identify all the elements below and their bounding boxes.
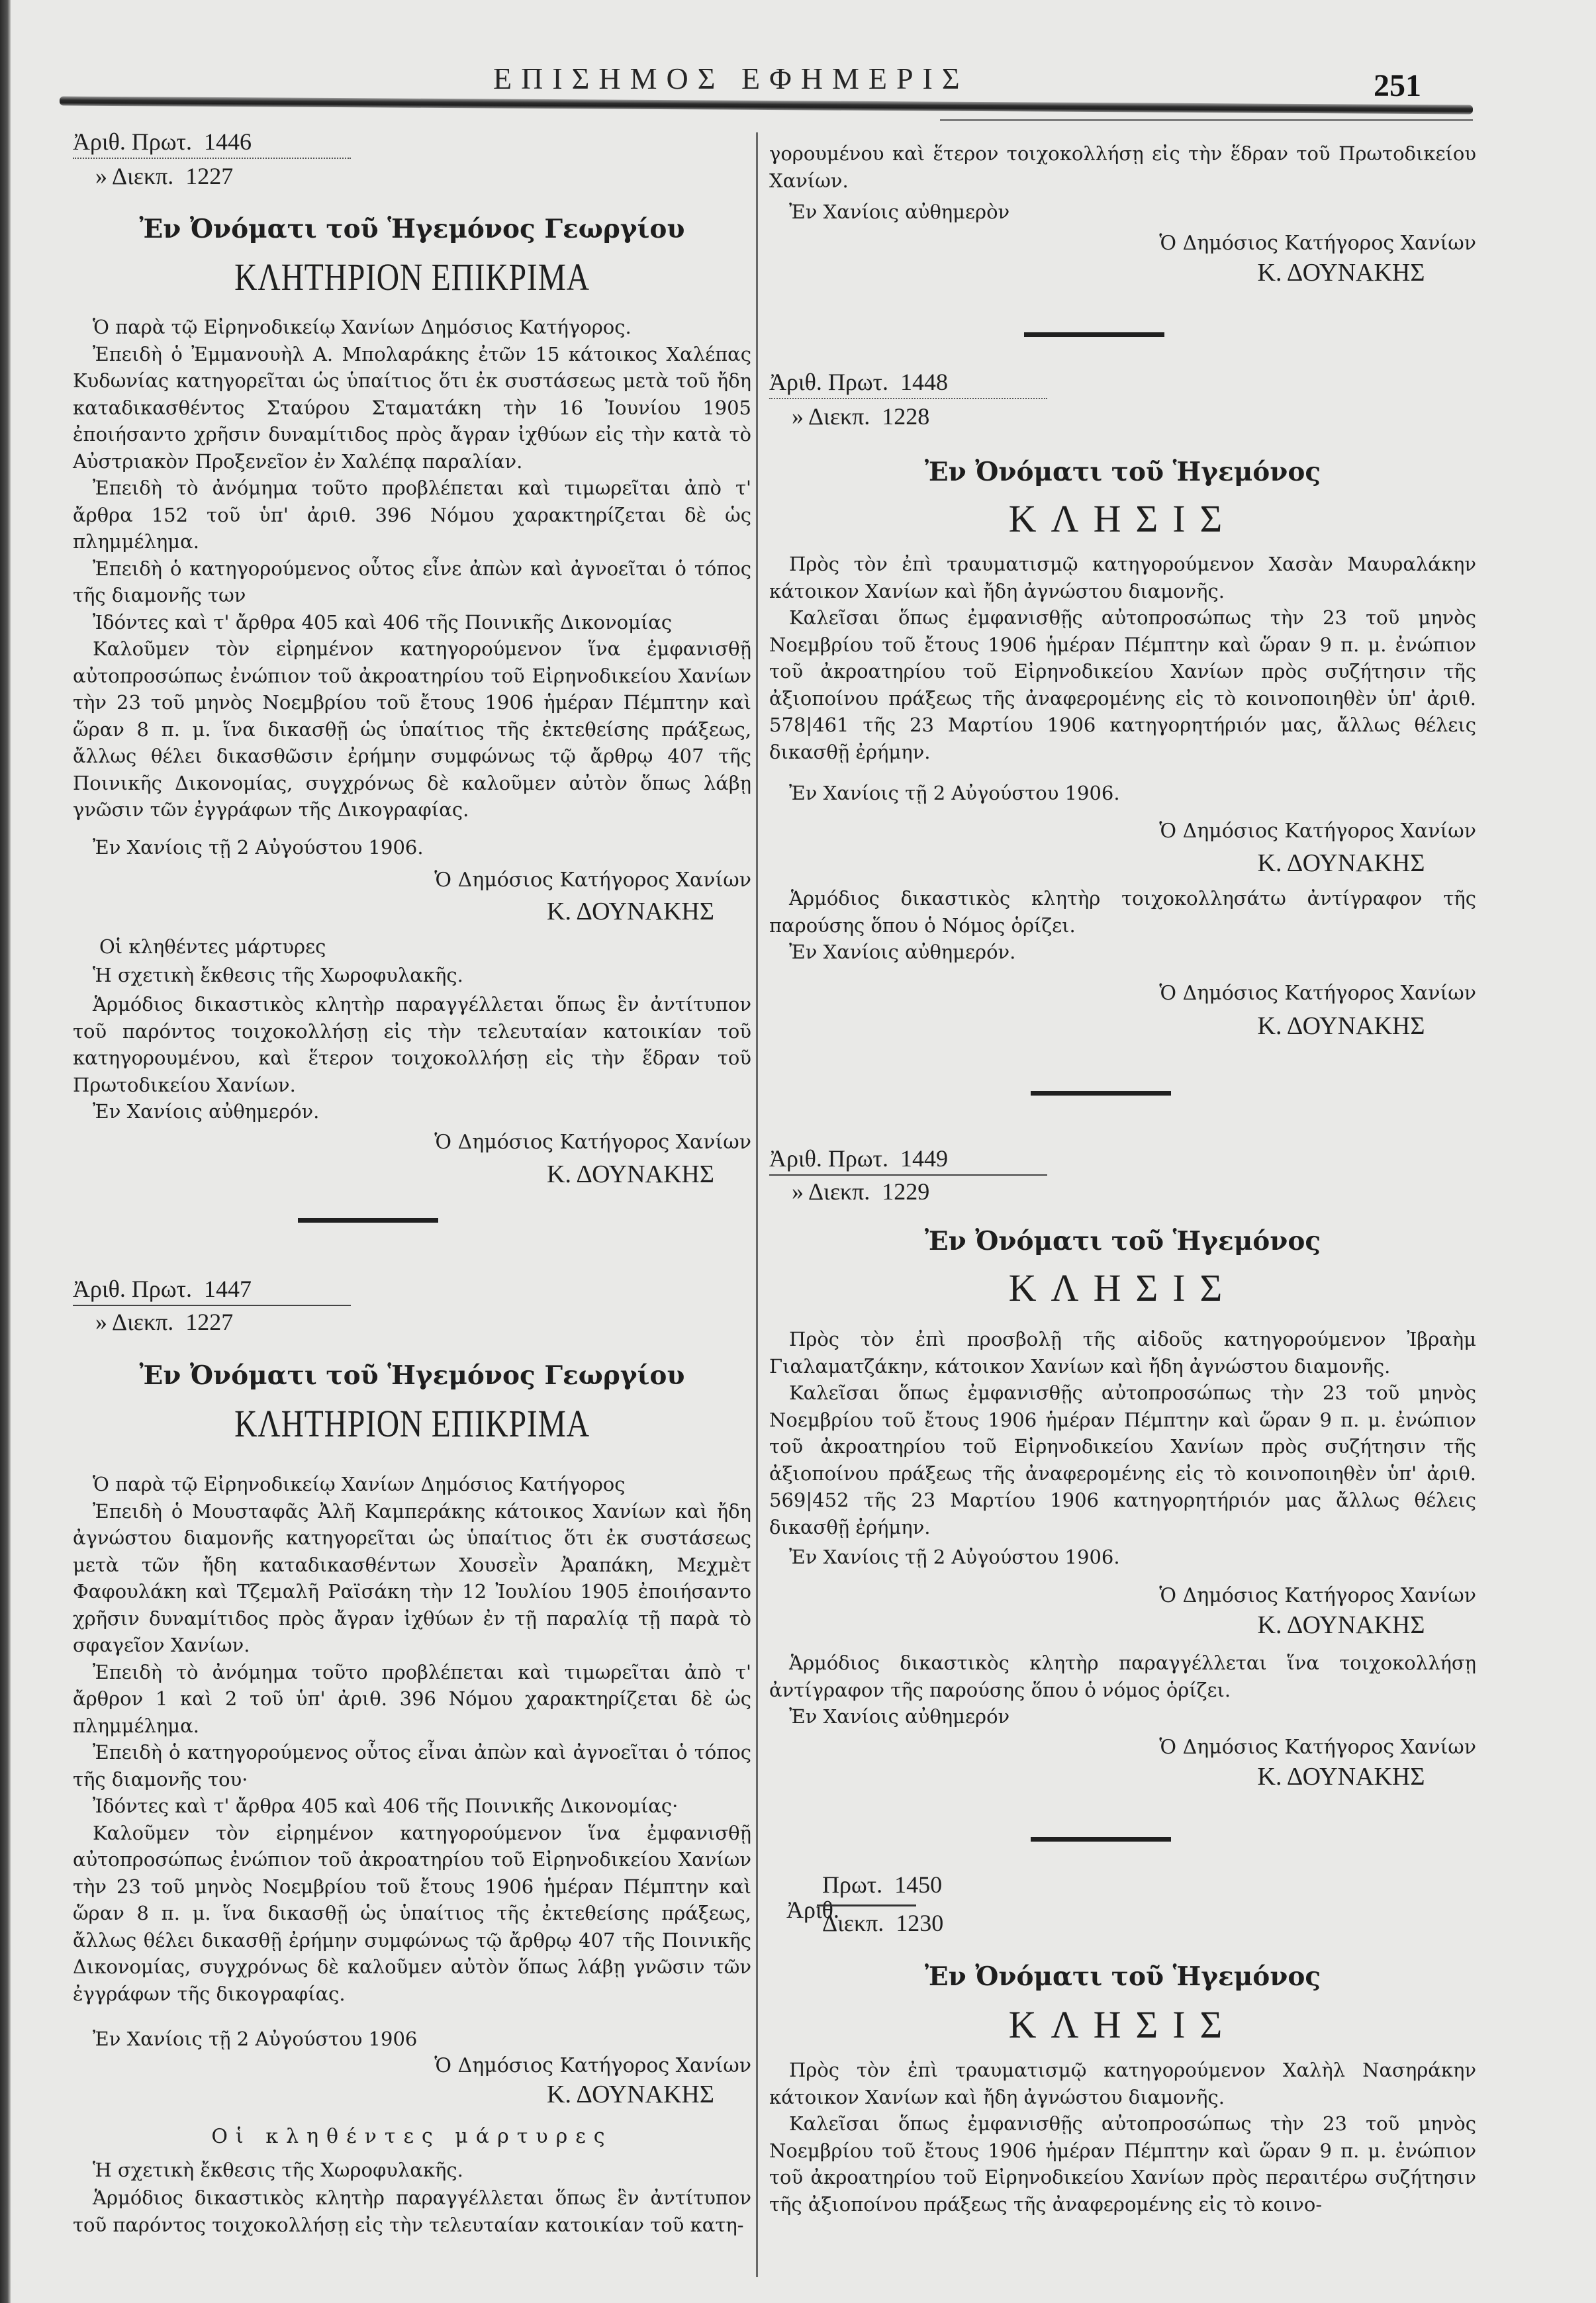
- ref-dispatch: » Διεκπ.1229: [769, 1177, 1476, 1206]
- page-number: 251: [1374, 68, 1421, 104]
- gazette-title: ΕΠΙΣΗΜΟΣ ΕΦΗΜΕΡΙΣ: [493, 61, 969, 96]
- paragraph: Ἰδόντες καὶ τ' ἄρθρα 405 καὶ 406 τῆς Ποι…: [73, 1793, 751, 1820]
- separator: [73, 1218, 751, 1223]
- ref-dispatch-number: 1230: [896, 1910, 943, 1936]
- notice-1446-witnesses: Οἱ κληθέντες μάρτυρες: [73, 933, 778, 961]
- page-binding-edge: [0, 0, 11, 2303]
- paragraph: Ἁρμόδιος δικαστικὸς κλητὴρ παραγγέλλεται…: [73, 991, 751, 1098]
- ref-dispatch-label: » Διεκπ.: [792, 1178, 870, 1205]
- notice-1446-report: Ἡ σχετικὴ ἔκθεσις τῆς Χωροφυλακῆς.: [73, 962, 751, 989]
- paragraph: Καλεῖσαι ὅπως ἐμφανισθῇς αὐτοπροσώπως τὴ…: [769, 604, 1476, 765]
- notice-1449-ref: Ἀριθ. Πρωτ.1449 » Διεκπ.1229: [769, 1144, 1476, 1206]
- notice-1449-signature-title: Ὁ Δημόσιος Κατήγορος Χανίων: [769, 1584, 1516, 1607]
- ref-dispatch-number: 1227: [185, 1309, 233, 1335]
- ref-protocol-label: Ἀριθ. Πρωτ.: [73, 1276, 192, 1302]
- ref-dispatch: » Διεκπ.1228: [769, 402, 1476, 431]
- continuation-signature-title: Ὁ Δημόσιος Κατήγορος Χανίων: [769, 232, 1516, 255]
- notice-1447-witnesses: Οἱ κληθέντες μάρτυρες: [73, 2124, 751, 2151]
- paragraph: Ἁρμόδιος δικαστικὸς κλητὴρ παραγγέλλεται…: [73, 2185, 751, 2238]
- notice-1448-signature-title-2: Ὁ Δημόσιος Κατήγορος Χανίων: [769, 982, 1516, 1005]
- notice-1450-heading: Ἐν Ὀνόματι τοῦ Ἡγεμόνος: [769, 1961, 1556, 1992]
- continuation-block: γορουμένου καὶ ἕτερον τοιχοκολλήσῃ εἰς τ…: [769, 140, 1476, 194]
- notice-1446-title: ΚΛΗΤΗΡΙΟΝ ΕΠΙΚΡΙΜΑ: [134, 255, 690, 299]
- notice-1448-signature-title: Ὁ Δημόσιος Κατήγορος Χανίων: [769, 820, 1516, 843]
- continuation-same-day: Ἐν Χανίοις αὐθημερὸν: [769, 199, 1496, 226]
- ref-protocol-number: 1447: [204, 1276, 252, 1302]
- notice-1450-title: ΚΛΗΣΙΣ: [769, 2002, 1556, 2047]
- same-day-line: Ἐν Χανίοις αὐθημερόν.: [769, 939, 1476, 966]
- notice-1448-ref: Ἀριθ. Πρωτ.1448 » Διεκπ.1228: [769, 367, 1476, 431]
- notice-1446-ref: Ἀριθ. Πρωτ.1446 » Διεκπ.1227: [73, 127, 751, 191]
- ref-dispatch-number: 1229: [882, 1178, 929, 1205]
- ref-protocol: Ἀριθ. Πρωτ.1447: [73, 1274, 751, 1303]
- ref-rule: [73, 1305, 351, 1306]
- paragraph: Ἐπειδὴ τὸ ἀνόμημα τοῦτο προβλέπεται καὶ …: [73, 475, 751, 555]
- ref-dispatch-number: 1228: [882, 403, 929, 430]
- notice-1448-heading: Ἐν Ὀνόματι τοῦ Ἡγεμόνος: [769, 457, 1556, 487]
- paragraph: Καλοῦμεν τὸν εἰρημένον κατηγορούμενον ἵν…: [73, 635, 751, 823]
- notice-1447-title: ΚΛΗΤΗΡΙΟΝ ΕΠΙΚΡΙΜΑ: [134, 1401, 690, 1446]
- ref-dispatch-number: 1227: [185, 163, 233, 189]
- ref-protocol-label: Ἀριθ. Πρωτ.: [769, 1145, 888, 1172]
- ref-dispatch-label: » Διεκπ.: [792, 403, 870, 430]
- ref-protocol-number: 1448: [900, 369, 948, 395]
- paragraph: Πρὸς τὸν ἐπὶ τραυματισμῷ κατηγορούμενον …: [769, 551, 1476, 604]
- notice-1449-date: Ἐν Χανίοις τῇ 2 Αὐγούστου 1906.: [769, 1544, 1476, 1571]
- paragraph: Ἐπειδὴ ὁ κατηγορούμενος οὗτος εἶναι ἀπὼν…: [73, 1739, 751, 1793]
- paragraph: Ὁ παρὰ τῷ Εἰρηνοδικείῳ Χανίων Δημόσιος Κ…: [73, 1471, 751, 1498]
- notice-1446-body: Ὁ παρὰ τῷ Εἰρηνοδικείῳ Χανίων Δημόσιος Κ…: [73, 314, 751, 823]
- header-rule: [60, 96, 1473, 114]
- paragraph: Καλεῖσαι ὅπως ἐμφανισθῇς αὐτοπροσώπως τὴ…: [769, 1380, 1476, 1540]
- paragraph: Ἁρμόδιος δικαστικὸς κλητὴρ παραγγέλλεται…: [769, 1650, 1476, 1703]
- notice-1449-signature-name-2: Κ. ΔΟΥΝΑΚΗΣ: [769, 1762, 1596, 1791]
- ref-dispatch-label: Διεκπ.: [822, 1910, 884, 1936]
- ref-dispatch-label: » Διεκπ.: [95, 163, 173, 189]
- paragraph: Πρὸς τὸν ἐπὶ προσβολῇ τῆς αἰδοῦς κατηγορ…: [769, 1326, 1476, 1380]
- notice-1448-title: ΚΛΗΣΙΣ: [769, 496, 1556, 541]
- ref-rule: [769, 398, 1047, 400]
- ref-protocol-number: 1446: [204, 128, 252, 155]
- paragraph: Ἁρμόδιος δικαστικὸς κλητὴρ τοιχοκολλησάτ…: [769, 885, 1476, 939]
- notice-1447-body: Ὁ παρὰ τῷ Εἰρηνοδικείῳ Χανίων Δημόσιος Κ…: [73, 1471, 751, 2007]
- notice-1447-heading: Ἐν Ὀνόματι τοῦ Ἡγεμόνος Γεωργίου: [73, 1360, 778, 1391]
- paragraph: Ἰδόντες καὶ τ' ἄρθρα 405 καὶ 406 τῆς Ποι…: [73, 609, 751, 636]
- ref-protocol-label: Πρωτ.: [822, 1871, 882, 1898]
- notice-1449-body: Πρὸς τὸν ἐπὶ προσβολῇ τῆς αἰδοῦς κατηγορ…: [769, 1326, 1476, 1540]
- notice-1446-signature-title-2: Ὁ Δημόσιος Κατήγορος Χανίων: [73, 1131, 791, 1154]
- notice-1447-ref: Ἀριθ. Πρωτ.1447 » Διεκπ.1227: [73, 1274, 751, 1337]
- ref-protocol: Ἀριθ. Πρωτ.1449: [769, 1144, 1476, 1173]
- notice-1448-bailiff-block: Ἁρμόδιος δικαστικὸς κλητὴρ τοιχοκολλησάτ…: [769, 885, 1476, 966]
- notice-1446-date: Ἐν Χανίοις τῇ 2 Αὐγούστου 1906.: [73, 834, 751, 861]
- notice-1449-signature-title-2: Ὁ Δημόσιος Κατήγορος Χανίων: [769, 1736, 1516, 1759]
- continuation-signature-name: Κ. ΔΟΥΝΑΚΗΣ: [769, 258, 1596, 287]
- paragraph: γορουμένου καὶ ἕτερον τοιχοκολλήσῃ εἰς τ…: [769, 140, 1476, 194]
- notice-1449-signature-name: Κ. ΔΟΥΝΑΚΗΣ: [769, 1611, 1596, 1640]
- same-day-line: Ἐν Χανίοις αὐθημερόν: [769, 1703, 1476, 1730]
- notice-1447-signature-title: Ὁ Δημόσιος Κατήγορος Χανίων: [73, 2054, 791, 2077]
- notice-1446-bailiff-block: Ἁρμόδιος δικαστικὸς κλητὴρ παραγγέλλεται…: [73, 991, 751, 1125]
- notice-1448-body: Πρὸς τὸν ἐπὶ τραυματισμῷ κατηγορούμενον …: [769, 551, 1476, 765]
- notice-1448-signature-name-2: Κ. ΔΟΥΝΑΚΗΣ: [769, 1011, 1596, 1041]
- notice-1449-bailiff-block: Ἁρμόδιος δικαστικὸς κλητὴρ παραγγέλλεται…: [769, 1650, 1476, 1730]
- header-rule-thin: [940, 119, 1473, 121]
- ref-dispatch-label: » Διεκπ.: [95, 1309, 173, 1335]
- notice-1446-signature-title: Ὁ Δημόσιος Κατήγορος Χανίων: [73, 869, 791, 892]
- notice-1447-bailiff-block: Ἁρμόδιος δικαστικὸς κλητὴρ παραγγέλλεται…: [73, 2185, 751, 2238]
- paragraph: Καλεῖσαι ὅπως ἐμφανισθῇς αὐτοπροσώπως τὴ…: [769, 2110, 1476, 2218]
- notice-1447-report: Ἡ σχετικὴ ἔκθεσις τῆς Χωροφυλακῆς.: [73, 2157, 751, 2184]
- ref-rule: [73, 158, 351, 160]
- paragraph: Ἐπειδὴ ὁ κατηγορούμενος οὗτος εἶνε ἀπὼν …: [73, 555, 751, 609]
- ref-protocol-label: Ἀριθ. Πρωτ.: [73, 128, 192, 155]
- notice-1447-date: Ἐν Χανίοις τῇ 2 Αὐγούστου 1906: [73, 2026, 751, 2053]
- notice-1450-ref: Ἀριθ. Πρωτ.1450 Διεκπ.1230: [769, 1870, 1476, 1943]
- notice-1446-heading: Ἐν Ὀνόματι τοῦ Ἡγεμόνος Γεωργίου: [73, 214, 778, 244]
- ref-protocol-number: 1449: [900, 1145, 948, 1172]
- ref-protocol: Ἀριθ. Πρωτ.1448: [769, 367, 1476, 397]
- ref-protocol: Ἀριθ. Πρωτ.1446: [73, 127, 751, 156]
- same-day-line: Ἐν Χανίοις αὐθημερόν.: [73, 1098, 751, 1125]
- ref-protocol-label: Ἀριθ. Πρωτ.: [769, 369, 888, 395]
- ref-protocol-number: 1450: [894, 1871, 942, 1898]
- separator: [769, 1837, 1476, 1842]
- ref-fraction-rule: [817, 1904, 916, 1906]
- ref-dispatch: » Διεκπ.1227: [73, 162, 751, 191]
- paragraph: Ἐπειδὴ τὸ ἀνόμημα τοῦτο προβλέπεται καὶ …: [73, 1659, 751, 1740]
- paragraph: Ἐπειδὴ ὁ Μουσταφᾶς Ἀλῆ Καμπεράκης κάτοικ…: [73, 1498, 751, 1659]
- separator: [769, 1091, 1476, 1096]
- ref-rule: [769, 1174, 1047, 1176]
- notice-1448-signature-name: Κ. ΔΟΥΝΑΚΗΣ: [769, 849, 1596, 878]
- ref-dispatch: » Διεκπ.1227: [73, 1307, 751, 1337]
- paragraph: Ὁ παρὰ τῷ Εἰρηνοδικείῳ Χανίων Δημόσιος Κ…: [73, 314, 751, 341]
- ref-dispatch: Διεκπ.1230: [822, 1908, 943, 1938]
- notice-1450-body: Πρὸς τὸν ἐπὶ τραυματισμῷ κατηγορούμενον …: [769, 2057, 1476, 2218]
- notice-1449-heading: Ἐν Ὀνόματι τοῦ Ἡγεμόνος: [769, 1226, 1556, 1256]
- ref-protocol: Πρωτ.1450: [822, 1870, 942, 1899]
- column-divider: [756, 132, 758, 2277]
- notice-1449-title: ΚΛΗΣΙΣ: [769, 1266, 1556, 1310]
- notice-1448-date: Ἐν Χανίοις τῇ 2 Αὐγούστου 1906.: [769, 780, 1476, 807]
- paragraph: Πρὸς τὸν ἐπὶ τραυματισμῷ κατηγορούμενον …: [769, 2057, 1476, 2110]
- separator: [769, 332, 1476, 337]
- paragraph: Ἐπειδὴ ὁ Ἐμμανουὴλ Α. Μπολαράκης ἐτῶν 15…: [73, 341, 751, 475]
- paragraph: Καλοῦμεν τὸν εἰρημένον κατηγορούμενον ἵν…: [73, 1820, 751, 2008]
